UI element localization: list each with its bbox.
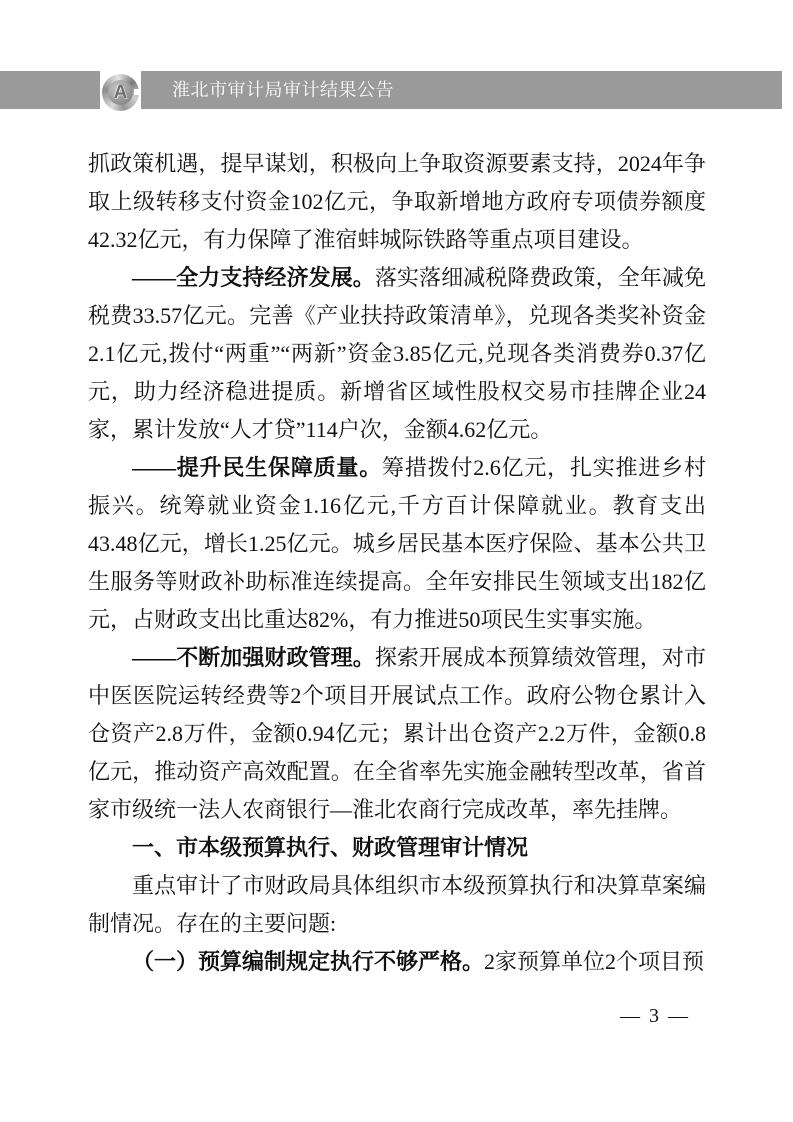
paragraph-issue-one: （一）预算编制规定执行不够严格。2家预算单位2个项目预	[88, 943, 706, 981]
paragraph-lead: ——不断加强财政管理。	[132, 645, 375, 670]
paragraph-text: 筹措拨付2.6亿元，扎实推进乡村振兴。统筹就业资金1.16亿元,千方百计保障就业…	[88, 455, 706, 632]
document-body: 抓政策机遇，提早谋划，积极向上争取资源要素支持，2024年争取上级转移支付资金1…	[88, 145, 706, 981]
paragraph-text: 重点审计了市财政局具体组织市本级预算执行和决算草案编制情况。存在的主要问题:	[88, 873, 706, 936]
section-heading: 一、市本级预算执行、财政管理审计情况	[88, 829, 706, 867]
paragraph-support-economy: ——全力支持经济发展。落实落细减税降费政策，全年减免税费33.57亿元。完善《产…	[88, 259, 706, 449]
paragraph-fiscal-management: ——不断加强财政管理。探索开展成本预算绩效管理，对市中医医院运转经费等2个项目开…	[88, 639, 706, 829]
paragraph-continuation: 抓政策机遇，提早谋划，积极向上争取资源要素支持，2024年争取上级转移支付资金1…	[88, 145, 706, 259]
audit-logo-ring-icon: A	[102, 74, 139, 111]
paragraph-lead: ——全力支持经济发展。	[132, 265, 375, 290]
document-page: 淮北市审计局审计结果公告 A 抓政策机遇，提早谋划，积极向上争取资源要素支持，2…	[0, 0, 793, 1122]
banner-title: 淮北市审计局审计结果公告	[172, 71, 394, 109]
paragraph-livelihood: ——提升民生保障质量。筹措拨付2.6亿元，扎实推进乡村振兴。统筹就业资金1.16…	[88, 449, 706, 639]
paragraph-audit-scope: 重点审计了市财政局具体组织市本级预算执行和决算草案编制情况。存在的主要问题:	[88, 867, 706, 943]
page-number: — 3 —	[620, 1001, 690, 1031]
paragraph-lead: ——提升民生保障质量。	[132, 455, 382, 480]
paragraph-lead: （一）预算编制规定执行不够严格。	[132, 949, 484, 974]
audit-logo-inner: A	[108, 80, 133, 105]
paragraph-text: 探索开展成本预算绩效管理，对市中医医院运转经费等2个项目开展试点工作。政府公物仓…	[88, 645, 706, 822]
paragraph-text: 抓政策机遇，提早谋划，积极向上争取资源要素支持，2024年争取上级转移支付资金1…	[88, 151, 706, 252]
audit-logo: A	[100, 71, 141, 113]
logo-letter: A	[114, 83, 128, 102]
paragraph-text: 落实落细减税降费政策，全年减免税费33.57亿元。完善《产业扶持政策清单》，兑现…	[88, 265, 706, 442]
paragraph-text: 2家预算单位2个项目预	[484, 949, 704, 974]
